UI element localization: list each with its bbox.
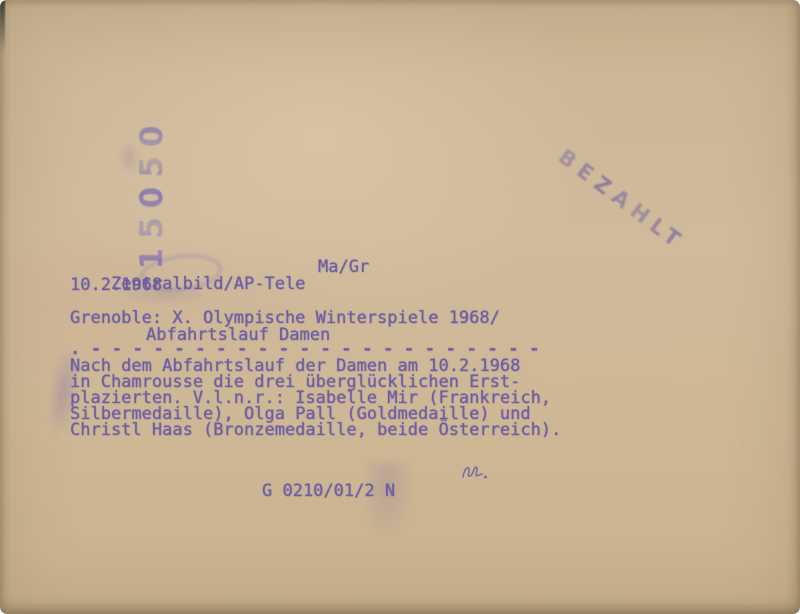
scan-edge-artifact (0, 0, 5, 52)
photo-back-scan: 15050 BEZAHLT Zentralbild/AP-Tele Ma/Gr … (0, 0, 800, 614)
paid-stamp: BEZAHLT (554, 144, 690, 255)
date-line: 10.2.1968 (70, 277, 162, 294)
photo-code-line: G 0210/01/2 N (262, 444, 488, 500)
photo-code: G 0210/01/2 N (262, 483, 395, 500)
serial-number-stamp: 15050 (134, 117, 170, 270)
handwritten-initials-icon (399, 444, 488, 502)
routing-code: Ma/Gr (318, 259, 369, 276)
caption-body-line: Christl Haas (Bronzemedaille, beide Öste… (70, 422, 561, 439)
